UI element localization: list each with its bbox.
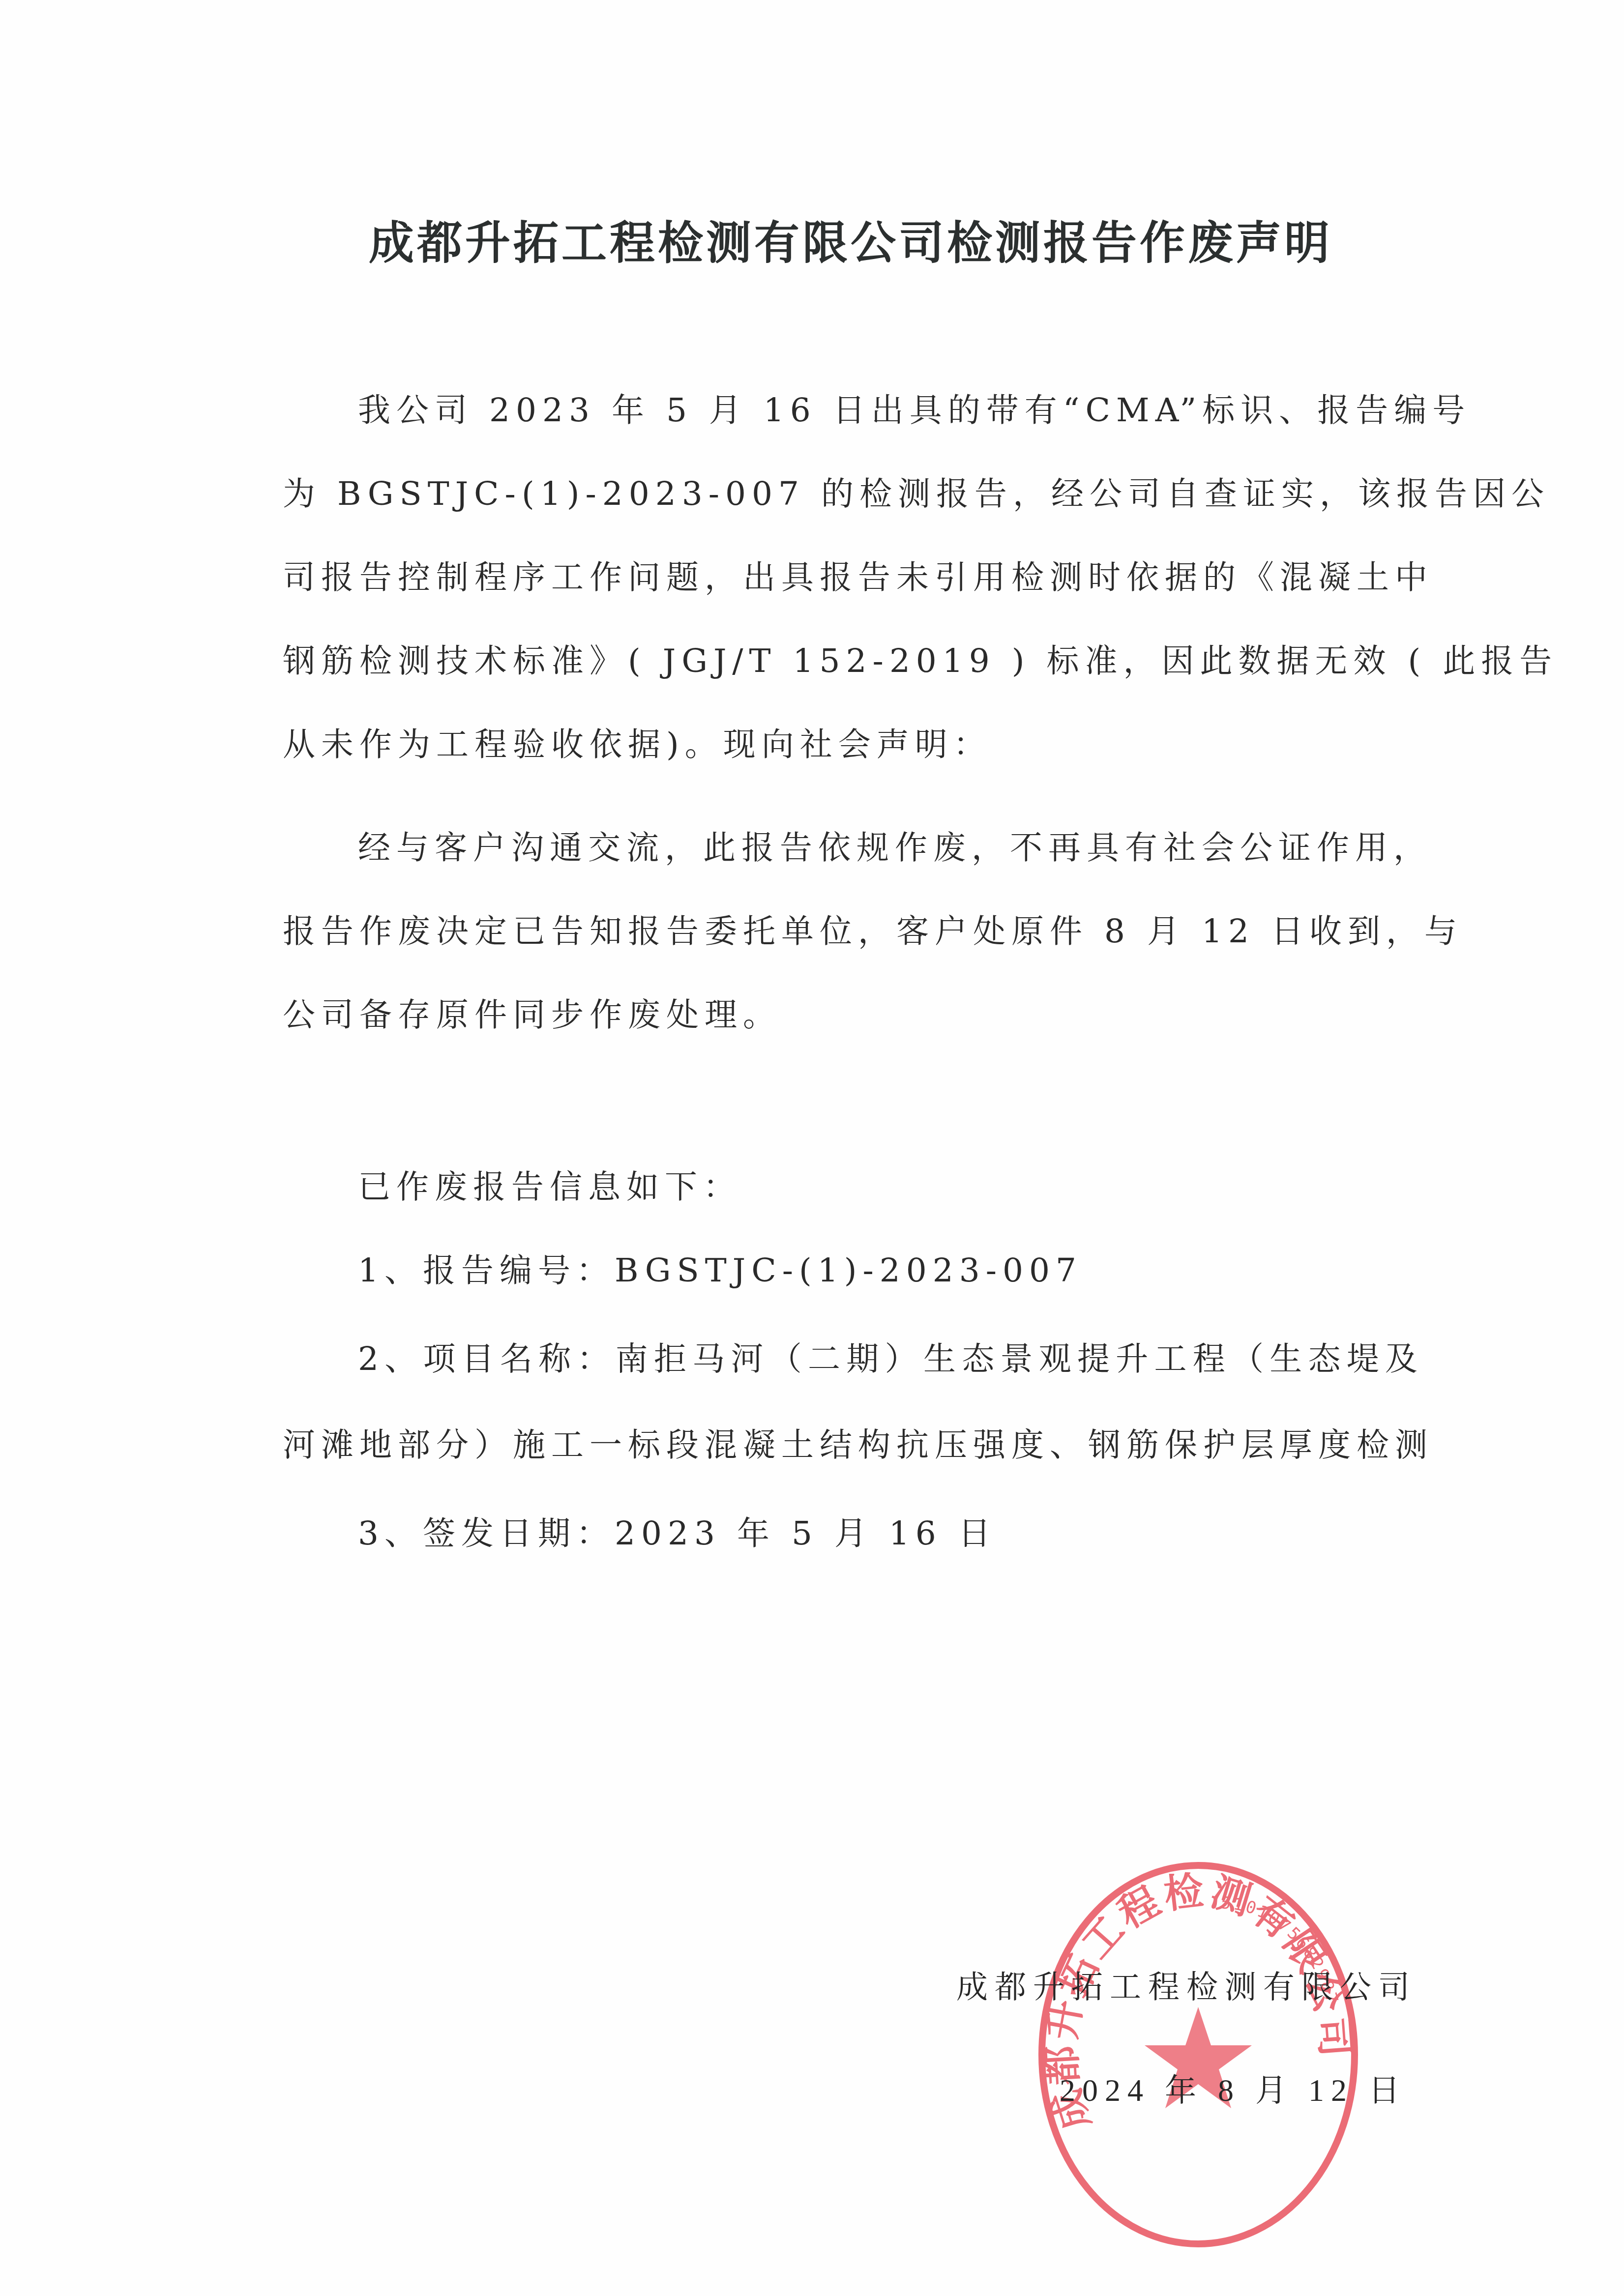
document-title: 成都升拓工程检测有限公司检测报告作废声明 — [344, 216, 1357, 270]
info-item-report-number: 1、报告编号：BGSTJC-(1)-2023-007 — [358, 1249, 1423, 1293]
info-item-project-name-line-1: 2、项目名称：南拒马河（二期）生态景观提升工程（生态堤及 — [358, 1337, 1423, 1381]
signature-date: 2024 年 8 月 12 日 — [1060, 2068, 1407, 2113]
document-page: 成都升拓工程检测有限公司检测报告作废声明 我公司 2023 年 5 月 16 日… — [0, 0, 1624, 2296]
info-item-issue-date: 3、签发日期：2023 年 5 月 16 日 — [358, 1511, 1423, 1556]
info-item-project-name-line-2: 河滩地部分）施工一标段混凝土结构抗压强度、钢筋保护层厚度检测 — [283, 1423, 1423, 1467]
paragraph1-line-4: 钢筋检测技术标准》( JGJ/T 152-2019 ) 标准，因此数据无效 ( … — [283, 639, 1423, 683]
paragraph1-line-2: 为 BGSTJC-(1)-2023-007 的检测报告，经公司自查证实，该报告因… — [283, 472, 1423, 516]
paragraph1-line-3: 司报告控制程序工作问题，出具报告未引用检测时依据的《混凝土中 — [283, 555, 1423, 600]
info-heading: 已作废报告信息如下： — [358, 1165, 1423, 1209]
paragraph1-line-5: 从未作为工程验收依据)。现向社会声明： — [283, 723, 1423, 767]
paragraph1-line-1: 我公司 2023 年 5 月 16 日出具的带有“CMA”标识、报告编号 — [358, 388, 1423, 433]
signature-company: 成都升拓工程检测有限公司 — [956, 1965, 1417, 2009]
company-seal-stamp: 成都升拓工程检测有限公司 5101075682987 — [1037, 1860, 1359, 2250]
paragraph2-line-3: 公司备存原件同步作废处理。 — [283, 993, 1423, 1037]
paragraph2-line-1: 经与客户沟通交流，此报告依规作废，不再具有社会公证作用， — [358, 826, 1423, 870]
paragraph2-line-2: 报告作废决定已告知报告委托单位，客户处原件 8 月 12 日收到，与 — [283, 909, 1423, 954]
